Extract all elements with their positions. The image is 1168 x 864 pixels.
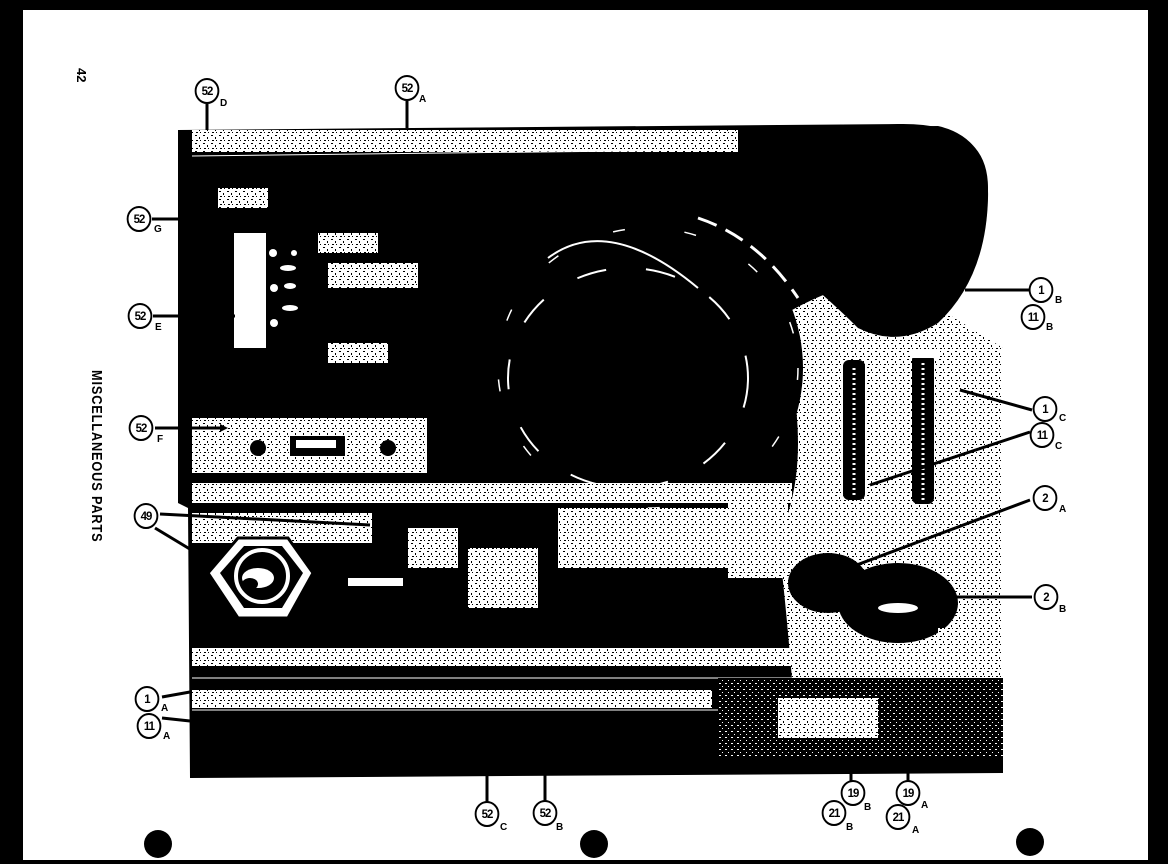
callout-19a[interactable]: 19 xyxy=(896,780,921,806)
callout-11a[interactable]: 11 xyxy=(137,713,162,739)
callout-52e[interactable]: 52 xyxy=(128,303,153,329)
callout-21a[interactable]: 21 xyxy=(886,804,911,830)
callout-52a[interactable]: 52 xyxy=(395,75,420,101)
callout-21b[interactable]: 21 xyxy=(822,800,847,826)
binder-hole-right xyxy=(1016,828,1044,856)
section-title: MISCELLANEOUS PARTS xyxy=(88,370,105,542)
parts-photo-graphic xyxy=(178,118,1008,778)
callout-2b[interactable]: 2 xyxy=(1034,584,1059,610)
parts-photograph xyxy=(178,118,1008,778)
callout-1a[interactable]: 1 xyxy=(135,686,160,712)
callout-1b[interactable]: 1 xyxy=(1029,277,1054,303)
callout-49[interactable]: 49 xyxy=(134,503,159,529)
callout-1c[interactable]: 1 xyxy=(1033,396,1058,422)
callout-2a[interactable]: 2 xyxy=(1033,485,1058,511)
callout-52c[interactable]: 52 xyxy=(475,801,500,827)
callout-52f[interactable]: 52 xyxy=(129,415,154,441)
callout-11b[interactable]: 11 xyxy=(1021,304,1046,330)
binder-hole-center xyxy=(580,830,608,858)
binder-hole-left xyxy=(144,830,172,858)
callout-52g[interactable]: 52 xyxy=(127,206,152,232)
callout-52b[interactable]: 52 xyxy=(533,800,558,826)
callout-52d[interactable]: 52 xyxy=(195,78,220,104)
page-number: 42 xyxy=(74,68,89,82)
callout-11c[interactable]: 11 xyxy=(1030,422,1055,448)
callout-19b[interactable]: 19 xyxy=(841,780,866,806)
